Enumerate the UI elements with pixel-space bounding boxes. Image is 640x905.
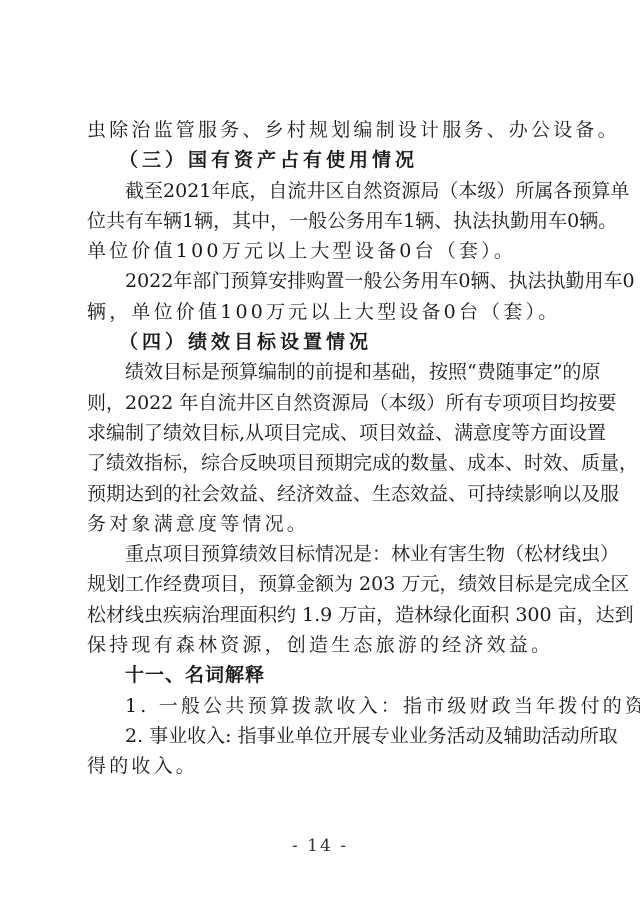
paragraph-line: 保持现有森林资源，创造生态旅游的经济效益。 (87, 630, 561, 660)
body-line: 虫除治监管服务、乡村规划编制设计服务、办公设备。 (87, 115, 561, 145)
paragraph-line: 预期达到的社会效益、经济效益、生态效益、可持续影响以及服 (87, 479, 561, 509)
paragraph-line: 求编制了绩效目标,从项目完成、项目效益、满意度等方面设置 (87, 418, 561, 448)
paragraph-line: 重点项目预算绩效目标情况是：林业有害生物（松材线虫） (87, 539, 561, 569)
section-subheading-performance-goals: （四）绩效目标设置情况 (87, 327, 561, 357)
paragraph-line: 位共有车辆1辆，其中，一般公务用车1辆、执法执勤用车0辆。 (87, 206, 561, 236)
section-heading-glossary: 十一、名词解释 (87, 660, 561, 690)
section-subheading-state-assets: （三）国有资产占有使用情况 (87, 145, 561, 175)
paragraph-line: 了绩效指标，综合反映项目预期完成的数量、成本、时效、质量， (87, 448, 561, 478)
paragraph-line: 松材线虫疾病治理面积约 1.9 万亩，造林绿化面积 300 亩，达到 (87, 600, 561, 630)
paragraph-line: 规划工作经费项目，预算金额为 203 万元，绩效目标是完成全区 (87, 569, 561, 599)
page-number: - 14 - (0, 836, 640, 856)
paragraph-line: 务对象满意度等情况。 (87, 509, 561, 539)
glossary-item-2: 2. 事业收入: 指事业单位开展专业业务活动及辅助活动所取 (87, 721, 561, 751)
paragraph-line: 则，2022 年自流井区自然资源局（本级）所有专项项目均按要 (87, 388, 561, 418)
paragraph-line: 截至2021年底，自流井区自然资源局（本级）所属各预算单 (87, 176, 561, 206)
document-page: 虫除治监管服务、乡村规划编制设计服务、办公设备。 （三）国有资产占有使用情况 截… (87, 115, 561, 782)
paragraph-line: 单位价值100万元以上大型设备0台（套）。 (87, 236, 561, 266)
paragraph-line: 2022年部门预算安排购置一般公务用车0辆、执法执勤用车0 (87, 266, 561, 296)
paragraph-line: 绩效目标是预算编制的前提和基础，按照“费随事定”的原 (87, 357, 561, 387)
glossary-item-2-continued: 得的收入。 (87, 751, 561, 781)
glossary-item-1: 1. 一般公共预算拨款收入：指市级财政当年拨付的资金。 (87, 691, 561, 721)
paragraph-line: 辆，单位价值100万元以上大型设备0台（套）。 (87, 297, 561, 327)
